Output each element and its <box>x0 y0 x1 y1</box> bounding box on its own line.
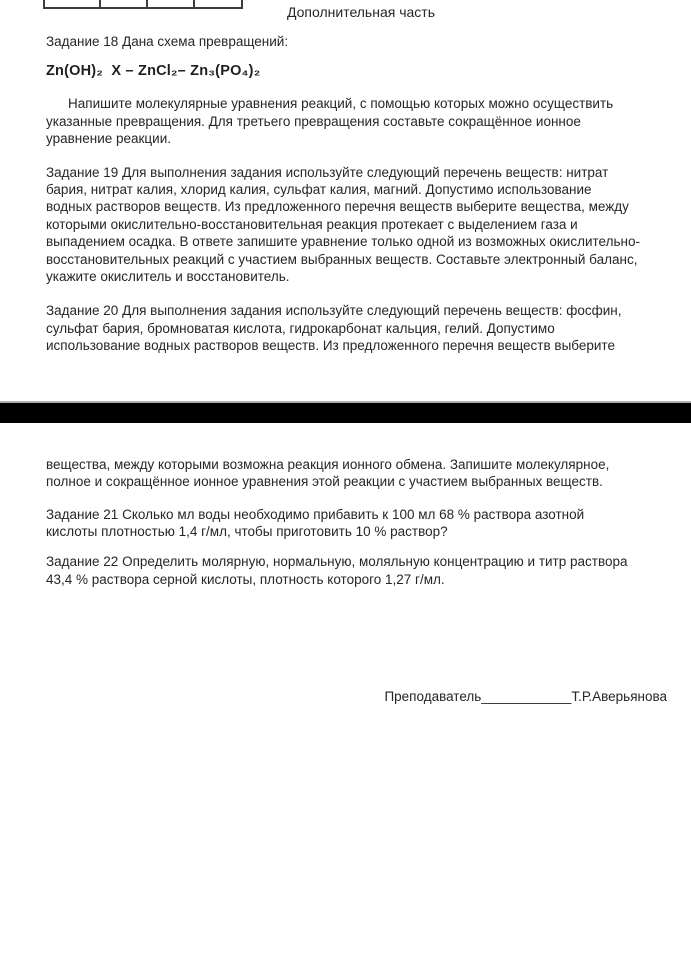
task18-instructions: Напишите молекулярные уравнения реакций,… <box>46 95 671 147</box>
task18-title: Задание 18 Дана схема превращений: <box>46 33 671 50</box>
task18-chemical-scheme: Zn(OH)₂ X – ZnCl₂– Zn₃(PO₄)₂ <box>46 62 691 80</box>
task21-text: Задание 21 Сколько мл воды необходимо пр… <box>46 506 671 541</box>
document-view: Дополнительная часть Задание 18 Дана схе… <box>0 4 691 956</box>
task20-text-part2: вещества, между которыми возможна реакци… <box>46 456 671 491</box>
table-cell <box>195 0 241 7</box>
table-cell <box>148 0 196 7</box>
table-cell <box>45 0 101 7</box>
table-cell <box>101 0 148 7</box>
teacher-signature-line: Преподаватель____________Т.Р.Аверьянова <box>0 688 667 705</box>
task22-text: Задание 22 Определить молярную, нормальн… <box>46 553 671 588</box>
table-bottom-edge <box>43 0 243 9</box>
task20-text-part1: Задание 20 Для выполнения задания исполь… <box>46 302 671 354</box>
task19-text: Задание 19 Для выполнения задания исполь… <box>46 164 671 286</box>
page-separator <box>0 401 691 423</box>
